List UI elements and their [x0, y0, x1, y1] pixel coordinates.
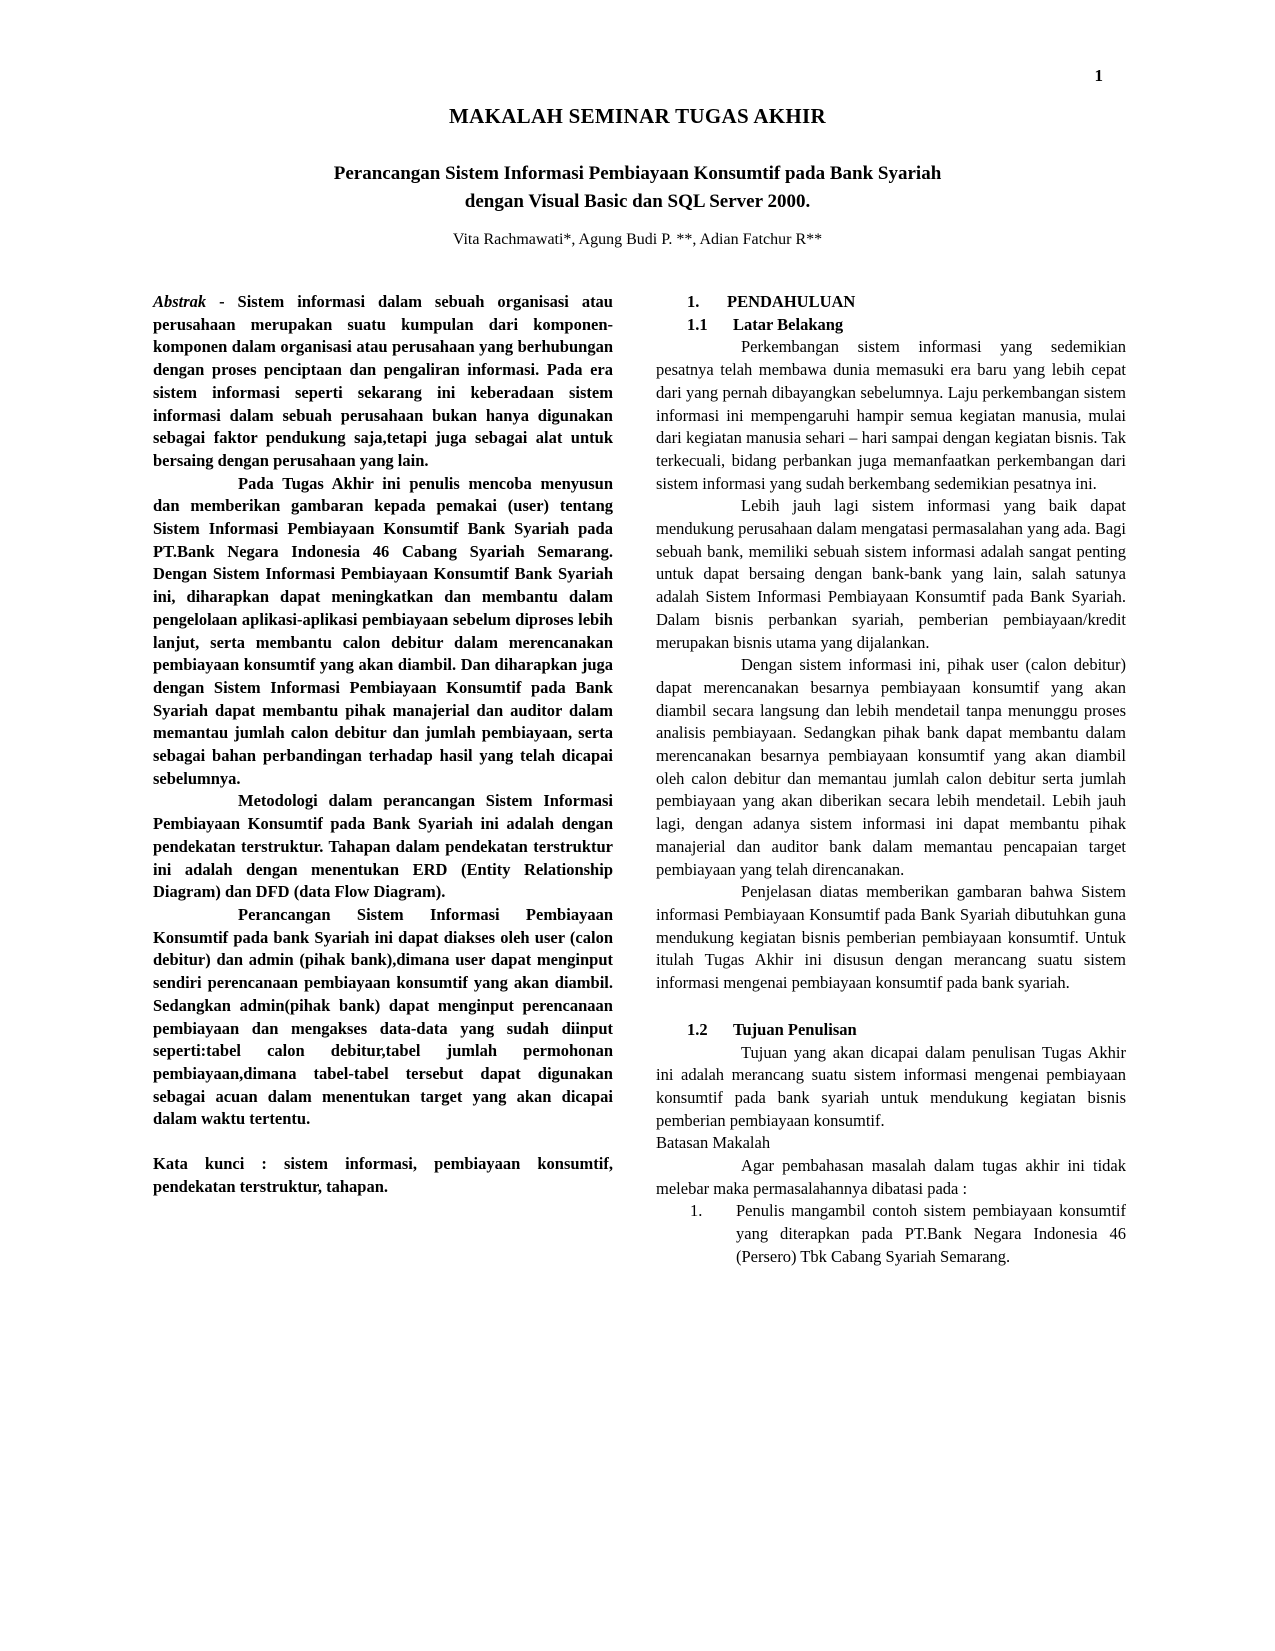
- paper-series-title: MAKALAH SEMINAR TUGAS AKHIR: [0, 104, 1275, 129]
- section-number: 1.: [687, 291, 727, 314]
- authors-line: Vita Rachmawati*, Agung Budi P. **, Adia…: [0, 231, 1275, 249]
- scope-list-item-1-number: 1.: [690, 1200, 702, 1223]
- abstract-paragraph-1: Abstrak - Sistem informasi dalam sebuah …: [153, 291, 613, 473]
- subsection-title-tujuan-penulisan: Tujuan Penulisan: [733, 1019, 857, 1042]
- abstract-separator: -: [206, 292, 237, 311]
- abstract-paragraph-3: Metodologi dalam perancangan Sistem Info…: [153, 790, 613, 904]
- subsection-title-latar-belakang: Latar Belakang: [733, 314, 843, 337]
- introduction-column: 1. PENDAHULUAN 1.1 Latar Belakang Perkem…: [656, 291, 1126, 1269]
- abstract-paragraph-2: Pada Tugas Akhir ini penulis mencoba men…: [153, 473, 613, 791]
- intro-paragraph-4: Penjelasan diatas memberikan gambaran ba…: [656, 881, 1126, 995]
- abstract-label: Abstrak: [153, 292, 206, 311]
- abstract-paragraph-4: Perancangan Sistem Informasi Pembiayaan …: [153, 904, 613, 1131]
- tujuan-paragraph: Tujuan yang akan dicapai dalam penulisan…: [656, 1042, 1126, 1133]
- subsection-number-1-2: 1.2: [687, 1019, 733, 1042]
- scope-list-item-1: 1. Penulis mangambil contoh sistem pembi…: [656, 1200, 1126, 1268]
- two-column-body: Abstrak - Sistem informasi dalam sebuah …: [0, 291, 1275, 1269]
- subsection-heading-tujuan-penulisan: 1.2 Tujuan Penulisan: [656, 1019, 1126, 1042]
- subsection-heading-latar-belakang: 1.1 Latar Belakang: [656, 314, 1126, 337]
- document-page: 1 MAKALAH SEMINAR TUGAS AKHIR Perancanga…: [0, 0, 1275, 1651]
- abstract-paragraph-1-text: Sistem informasi dalam sebuah organisasi…: [153, 292, 613, 470]
- section-title: PENDAHULUAN: [727, 291, 855, 314]
- keywords-line: Kata kunci : sistem informasi, pembiayaa…: [153, 1153, 613, 1198]
- paper-title-line-2: dengan Visual Basic dan SQL Server 2000.: [0, 188, 1275, 216]
- intro-paragraph-2: Lebih jauh lagi sistem informasi yang ba…: [656, 495, 1126, 654]
- batasan-intro-paragraph: Agar pembahasan masalah dalam tugas akhi…: [656, 1155, 1126, 1200]
- intro-paragraph-1: Perkembangan sistem informasi yang sedem…: [656, 336, 1126, 495]
- page-number: 1: [1095, 66, 1104, 86]
- section-heading-pendahuluan: 1. PENDAHULUAN: [656, 291, 1126, 314]
- paper-title: Perancangan Sistem Informasi Pembiayaan …: [0, 160, 1275, 216]
- abstract-column: Abstrak - Sistem informasi dalam sebuah …: [153, 291, 613, 1198]
- intro-paragraph-3: Dengan sistem informasi ini, pihak user …: [656, 654, 1126, 881]
- batasan-makalah-label: Batasan Makalah: [656, 1132, 1126, 1155]
- subsection-number-1-1: 1.1: [687, 314, 733, 337]
- paper-title-line-1: Perancangan Sistem Informasi Pembiayaan …: [0, 160, 1275, 188]
- scope-list-item-1-text: Penulis mangambil contoh sistem pembiaya…: [736, 1201, 1126, 1265]
- paper-header: MAKALAH SEMINAR TUGAS AKHIR Perancangan …: [0, 0, 1275, 249]
